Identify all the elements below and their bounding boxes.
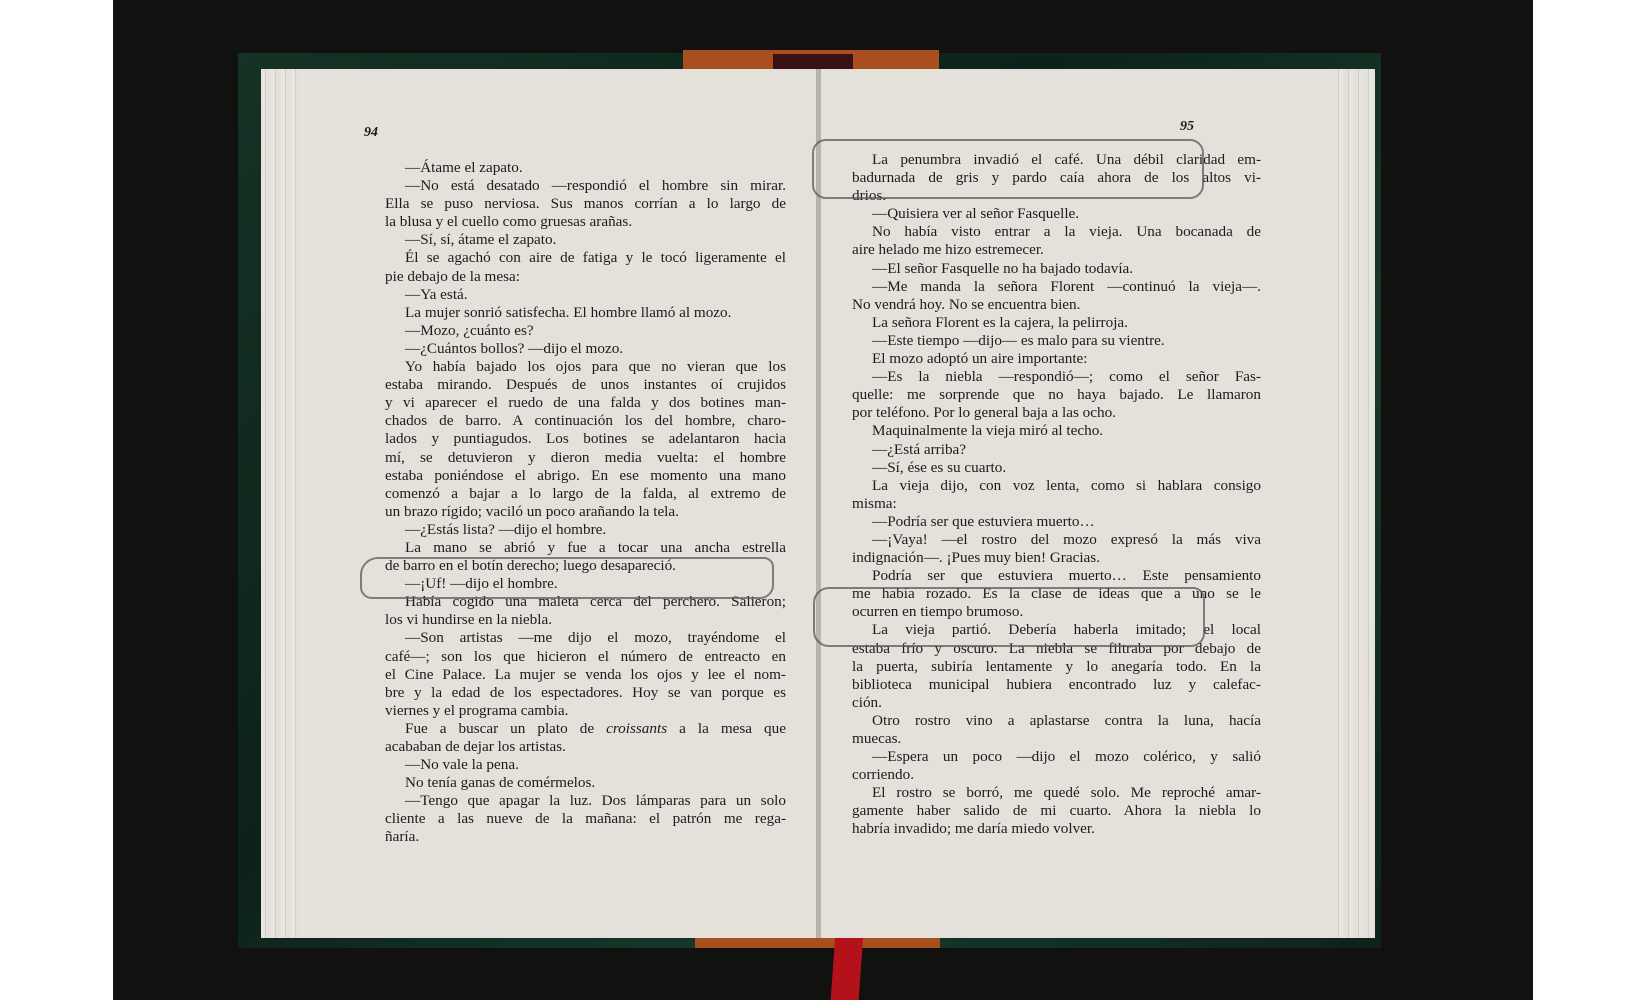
left-page-text: —Átame el zapato.—No está desatado —resp… bbox=[385, 159, 786, 847]
text-line: los vi hundirse en la niebla. bbox=[385, 611, 786, 629]
text-line: chados de barro. A continuación los del … bbox=[385, 412, 786, 430]
text-line: —Me manda la señora Florent —continuó la… bbox=[852, 278, 1261, 296]
text-line: misma: bbox=[852, 495, 1261, 513]
text-line: —Sí, sí, átame el zapato. bbox=[385, 231, 786, 249]
text-line: No vendrá hoy. No se encuentra bien. bbox=[852, 296, 1261, 314]
text-line: Fue a buscar un plato de croissants a la… bbox=[385, 720, 786, 738]
book-gutter bbox=[816, 69, 821, 938]
text-line: —¿Está arriba? bbox=[852, 441, 1261, 459]
text-line: acababan de dejar los artistas. bbox=[385, 738, 786, 756]
text-line: Yo había bajado los ojos para que no vie… bbox=[385, 358, 786, 376]
pencil-mark-left bbox=[360, 557, 774, 599]
text-line: —Ya está. bbox=[385, 286, 786, 304]
text-line: No había visto entrar a la vieja. Una bo… bbox=[852, 223, 1261, 241]
right-page-number: 95 bbox=[1180, 119, 1194, 135]
left-page-edges bbox=[261, 69, 303, 938]
text-line: gamente haber salido de mi cuarto. Ahora… bbox=[852, 802, 1261, 820]
right-page-edges bbox=[1333, 69, 1375, 938]
text-line: estaba mirando. Después de unos instante… bbox=[385, 376, 786, 394]
text-line: café—; son los que hicieron el número de… bbox=[385, 648, 786, 666]
text-line: corriendo. bbox=[852, 766, 1261, 784]
text-line: Ella se puso nerviosa. Sus manos corrían… bbox=[385, 195, 786, 213]
text-line: Otro rostro vino a aplastarse contra la … bbox=[852, 712, 1261, 730]
left-page-number: 94 bbox=[364, 125, 378, 141]
text-line: un brazo rígido; vaciló un poco arañando… bbox=[385, 503, 786, 521]
text-line: ñaría. bbox=[385, 828, 786, 846]
text-line: cliente a las nueve de la mañana: el pat… bbox=[385, 810, 786, 828]
text-line: —No vale la pena. bbox=[385, 756, 786, 774]
text-line: la puerta, subiría lentamente y lo anega… bbox=[852, 658, 1261, 676]
text-line: bre y la edad de los espectadores. Hoy s… bbox=[385, 684, 786, 702]
text-line: —Este tiempo —dijo— es malo para su vien… bbox=[852, 332, 1261, 350]
text-line: mí, se detuvieron y dieron media vuelta:… bbox=[385, 449, 786, 467]
text-line: —Mozo, ¿cuánto es? bbox=[385, 322, 786, 340]
text-line: habría invadido; me daría miedo volver. bbox=[852, 820, 1261, 838]
text-line: —Tengo que apagar la luz. Dos lámparas p… bbox=[385, 792, 786, 810]
text-line: —Podría ser que estuviera muerto… bbox=[852, 513, 1261, 531]
text-line: —Son artistas —me dijo el mozo, trayéndo… bbox=[385, 629, 786, 647]
right-page-text: La penumbra invadió el café. Una débil c… bbox=[852, 151, 1261, 839]
text-line: —Sí, ése es su cuarto. bbox=[852, 459, 1261, 477]
text-line: —Espera un poco —dijo el mozo colérico, … bbox=[852, 748, 1261, 766]
text-line: El rostro se borró, me quedé solo. Me re… bbox=[852, 784, 1261, 802]
text-line: El mozo adoptó un aire importante: bbox=[852, 350, 1261, 368]
text-line: aire helado me hizo estremecer. bbox=[852, 241, 1261, 259]
text-line: indignación—. ¡Pues muy bien! Gracias. bbox=[852, 549, 1261, 567]
pencil-mark-right-bottom bbox=[813, 587, 1205, 647]
text-line: Él se agachó con aire de fatiga y le toc… bbox=[385, 249, 786, 267]
text-line: —No está desatado —respondió el hombre s… bbox=[385, 177, 786, 195]
text-line: —El señor Fasquelle no ha bajado todavía… bbox=[852, 260, 1261, 278]
bookmark-ribbon[interactable] bbox=[831, 934, 864, 1000]
text-line: No tenía ganas de comérmelos. bbox=[385, 774, 786, 792]
text-line: estaba poniéndose el abrigo. En ese mome… bbox=[385, 467, 786, 485]
text-line: La vieja dijo, con voz lenta, como si ha… bbox=[852, 477, 1261, 495]
text-line: la blusa y el cuello como gruesas arañas… bbox=[385, 213, 786, 231]
text-line: Maquinalmente la vieja miró al techo. bbox=[852, 422, 1261, 440]
text-line: La mano se abrió y fue a tocar una ancha… bbox=[385, 539, 786, 557]
text-line: La mujer sonrió satisfecha. El hombre ll… bbox=[385, 304, 786, 322]
text-line: Podría ser que estuviera muerto… Este pe… bbox=[852, 567, 1261, 585]
text-line: comenzó a bajar a lo largo de la falda, … bbox=[385, 485, 786, 503]
text-line: muecas. bbox=[852, 730, 1261, 748]
text-line: por teléfono. Por lo general baja a las … bbox=[852, 404, 1261, 422]
text-line: —Átame el zapato. bbox=[385, 159, 786, 177]
text-line: y vi aparecer el ruedo de una falda y do… bbox=[385, 394, 786, 412]
text-line: —¿Estás lista? —dijo el hombre. bbox=[385, 521, 786, 539]
text-line: viernes y el programa cambia. bbox=[385, 702, 786, 720]
text-line: —¡Vaya! —el rostro del mozo expresó la m… bbox=[852, 531, 1261, 549]
text-line: —Es la niebla —respondió—; como el señor… bbox=[852, 368, 1261, 386]
text-line: quelle: me sorprende que no haya bajado.… bbox=[852, 386, 1261, 404]
text-line: La señora Florent es la cajera, la pelir… bbox=[852, 314, 1261, 332]
text-line: el Cine Palace. La mujer se venda los oj… bbox=[385, 666, 786, 684]
text-line: ción. bbox=[852, 694, 1261, 712]
text-line: pie debajo de la mesa: bbox=[385, 268, 786, 286]
text-line: —Quisiera ver al señor Fasquelle. bbox=[852, 205, 1261, 223]
pencil-mark-right-top bbox=[812, 139, 1204, 199]
text-line: biblioteca municipal hubiera encontrado … bbox=[852, 676, 1261, 694]
text-line: —¿Cuántos bollos? —dijo el mozo. bbox=[385, 340, 786, 358]
text-line: lados y puntiagudos. Los botines se adel… bbox=[385, 430, 786, 448]
